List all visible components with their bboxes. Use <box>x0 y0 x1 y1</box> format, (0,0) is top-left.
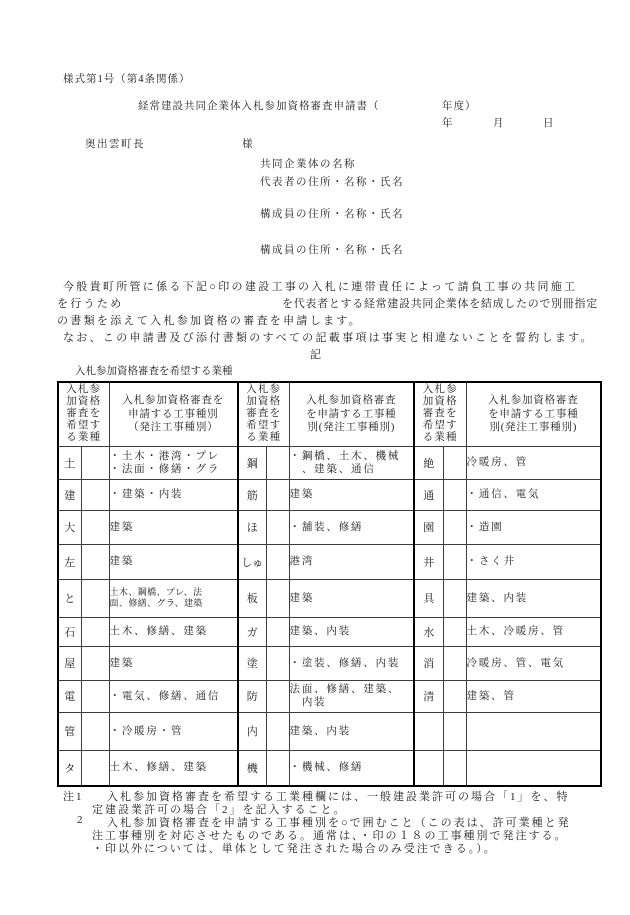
trade-code-cell: タ <box>58 750 81 786</box>
trade-code-cell: 通 <box>414 479 443 510</box>
trade-code-cell: 園 <box>414 510 443 544</box>
date-month-label: 月 <box>493 115 505 130</box>
trade-code-cell: 井 <box>414 544 443 579</box>
entry-mark-cell <box>266 750 289 786</box>
work-types-cell: ・冷暖房・管 <box>109 712 238 750</box>
work-types-cell: ・通信、電気 <box>466 479 601 510</box>
table-caption: 入札参加資格審査を希望する業種 <box>75 363 233 378</box>
representative-label: 代表者の住所・名称・氏名 <box>260 174 404 189</box>
entry-mark-cell <box>266 446 289 479</box>
work-types-cell: 冷暖房、管 <box>466 446 601 479</box>
entry-mark-cell <box>266 646 289 680</box>
work-types-cell: 建築 <box>109 646 238 680</box>
work-types-cell: ・舗装、修繕 <box>289 510 414 544</box>
work-types-cell: 土木、冷暖房、管 <box>466 617 601 646</box>
entry-mark-cell <box>81 479 109 510</box>
trade-code-cell: ほ <box>238 510 266 544</box>
note-2-label: 2 <box>77 814 85 826</box>
trade-code-cell: 内 <box>238 712 266 750</box>
work-types-cell: 建築 <box>289 479 414 510</box>
work-types-cell: 土木、鋼橋、プレ、法 面、修繕、グラ、建築 <box>109 579 238 617</box>
work-types-cell: 建築 <box>109 544 238 579</box>
trade-code-cell: 鋼 <box>238 446 266 479</box>
entry-mark-cell <box>443 680 466 712</box>
work-types-cell: ・造園 <box>466 510 601 544</box>
form-number: 様式第1号（第4条関係） <box>63 71 191 86</box>
work-types-cell: ・建築・内装 <box>109 479 238 510</box>
work-types-cell: ・鋼橋、土木、機械 、建築、通信 <box>289 446 414 479</box>
body-line-1: 今般貴町所管に係る下記○印の建設工事の入札に連帯責任によって請負工事の共同施工 <box>63 278 577 294</box>
trade-code-cell: 絶 <box>414 446 443 479</box>
work-types-cell: ・機械、修繕 <box>289 750 414 786</box>
entry-mark-cell <box>443 712 466 750</box>
member-label-1: 構成員の住所・名称・氏名 <box>260 206 404 221</box>
entry-mark-cell <box>81 680 109 712</box>
entry-mark-cell <box>266 544 289 579</box>
work-types-cell <box>466 750 601 786</box>
table-row: 管 ・冷暖房・管 内 建築、内装 <box>58 712 601 750</box>
trade-code-cell: 石 <box>58 617 81 646</box>
apply-type-header-2: 入札参加資格審査 を申請する工事種 別(発注工事種別) <box>289 382 414 446</box>
apply-type-header-3: 入札参加資格審査 を申請する工事種 別(発注工事種別) <box>466 382 601 446</box>
application-form-document: 様式第1号（第4条関係） 経常建設共同企業体入札参加資格審査申請書（ 年度） 年… <box>0 0 630 915</box>
trade-code-cell: 具 <box>414 579 443 617</box>
trade-code-cell: ガ <box>238 617 266 646</box>
work-types-cell: 法面、修繕、建築、 内装 <box>289 680 414 712</box>
note-2-continuation-2: ・印以外については、単体として発注された場合のみ受注できる。）。 <box>92 840 497 856</box>
trade-code-cell: 防 <box>238 680 266 712</box>
entry-mark-cell <box>81 446 109 479</box>
document-title-year: 年度） <box>442 98 477 113</box>
table-row: 屋 建築 塗 ・塗装、修繕、内装 消 冷暖房、管、電気 <box>58 646 601 680</box>
entry-mark-cell <box>266 579 289 617</box>
trade-code-cell: 筋 <box>238 479 266 510</box>
addressee: 奥出雲町長 <box>85 136 145 151</box>
trade-code-cell <box>414 750 443 786</box>
work-types-cell: 港湾 <box>289 544 414 579</box>
entry-mark-cell <box>443 479 466 510</box>
body-line-2a: を行うため <box>57 295 124 311</box>
document-title: 経常建設共同企業体入札参加資格審査申請書（ <box>138 98 380 113</box>
entry-mark-cell <box>443 544 466 579</box>
jv-name-label: 共同企業体の名称 <box>260 156 356 171</box>
trade-code-cell <box>414 712 443 750</box>
entry-mark-cell <box>443 510 466 544</box>
trade-code-cell: 板 <box>238 579 266 617</box>
trade-code-cell: 清 <box>414 680 443 712</box>
trade-code-cell: 消 <box>414 646 443 680</box>
trade-code-cell: 左 <box>58 544 81 579</box>
trade-table: 入札参 加資格 審査を 希望す る業種 入札参加資格審査を 申請する工事種別 （… <box>57 381 602 787</box>
date-day-label: 日 <box>543 115 555 130</box>
entry-mark-cell <box>266 510 289 544</box>
desired-trade-header-2: 入札参 加資格 審査を 希望す る業種 <box>238 382 289 446</box>
work-types-cell: 土木、修繕、建築 <box>109 750 238 786</box>
entry-mark-cell <box>81 579 109 617</box>
entry-mark-cell <box>443 750 466 786</box>
desired-trade-header-3: 入札参 加資格 審査を 希望す る業種 <box>414 382 466 446</box>
entry-mark-cell <box>266 617 289 646</box>
work-types-cell: ・電気、修繕、通信 <box>109 680 238 712</box>
work-types-cell: 建築 <box>289 579 414 617</box>
entry-mark-cell <box>266 680 289 712</box>
table-row: 電 ・電気、修繕、通信 防 法面、修繕、建築、 内装 清 建築、管 <box>58 680 601 712</box>
trade-code-cell: 水 <box>414 617 443 646</box>
work-types-cell: 建築、管 <box>466 680 601 712</box>
entry-mark-cell <box>443 617 466 646</box>
table-row: 土 ・土木・港湾・プレ ・法面・修繕・グラ 鋼 ・鋼橋、土木、機械 、建築、通信… <box>58 446 601 479</box>
desired-trade-header-1: 入札参 加資格 審査を 希望す る業種 <box>58 382 109 446</box>
apply-type-header-1: 入札参加資格審査を 申請する工事種別 （発注工事種別） <box>109 382 238 446</box>
note-1-label: 注1 <box>63 788 84 804</box>
trade-code-cell: 大 <box>58 510 81 544</box>
member-label-2: 構成員の住所・名称・氏名 <box>260 242 404 257</box>
work-types-cell: 建築、内装 <box>289 617 414 646</box>
work-types-cell: 建築、内装 <box>466 579 601 617</box>
date-year-label: 年 <box>442 115 454 130</box>
trade-code-cell: 電 <box>58 680 81 712</box>
body-line-3: の書類を添えて入札参加資格の審査を申請します。 <box>57 312 362 328</box>
entry-mark-cell <box>443 579 466 617</box>
trade-code-cell: 土 <box>58 446 81 479</box>
table-row: 大 建築 ほ ・舗装、修繕 園 ・造園 <box>58 510 601 544</box>
entry-mark-cell <box>81 712 109 750</box>
table-row: 石 土木、修繕、建築 ガ 建築、内装 水 土木、冷暖房、管 <box>58 617 601 646</box>
entry-mark-cell <box>81 544 109 579</box>
trade-code-cell: しゅ <box>238 544 266 579</box>
entry-mark-cell <box>81 646 109 680</box>
entry-mark-cell <box>443 446 466 479</box>
work-types-cell <box>466 712 601 750</box>
work-types-cell: 冷暖房、管、電気 <box>466 646 601 680</box>
trade-code-cell: 建 <box>58 479 81 510</box>
trade-code-cell: 機 <box>238 750 266 786</box>
table-row: 建 ・建築・内装 筋 建築 通 ・通信、電気 <box>58 479 601 510</box>
trade-code-cell: 塗 <box>238 646 266 680</box>
work-types-cell: ・土木・港湾・プレ ・法面・修繕・グラ <box>109 446 238 479</box>
entry-mark-cell <box>81 750 109 786</box>
table-row: タ 土木、修繕、建築 機 ・機械、修繕 <box>58 750 601 786</box>
trade-code-cell: 屋 <box>58 646 81 680</box>
table-header-row: 入札参 加資格 審査を 希望す る業種 入札参加資格審査を 申請する工事種別 （… <box>58 382 601 446</box>
trade-code-cell: 管 <box>58 712 81 750</box>
entry-mark-cell <box>81 510 109 544</box>
work-types-cell: ・塗装、修繕、内装 <box>289 646 414 680</box>
ki-marker: 記 <box>310 346 321 362</box>
work-types-cell: 建築 <box>109 510 238 544</box>
trade-code-cell: と <box>58 579 81 617</box>
body-line-4: なお、この申請書及び添付書類のすべての記載事項は事実と相違ないことを誓約します。 <box>63 329 594 345</box>
addressee-honorific: 様 <box>242 136 254 151</box>
table-row: と 土木、鋼橋、プレ、法 面、修繕、グラ、建築 板 建築 具 建築、内装 <box>58 579 601 617</box>
work-types-cell: 建築、内装 <box>289 712 414 750</box>
work-types-cell: ・さく井 <box>466 544 601 579</box>
entry-mark-cell <box>266 712 289 750</box>
work-types-cell: 土木、修繕、建築 <box>109 617 238 646</box>
entry-mark-cell <box>443 646 466 680</box>
entry-mark-cell <box>266 479 289 510</box>
body-line-2b: を代表者とする経常建設共同企業体を結成したので別冊指定 <box>282 295 598 311</box>
entry-mark-cell <box>81 617 109 646</box>
table-row: 左 建築 しゅ 港湾 井 ・さく井 <box>58 544 601 579</box>
